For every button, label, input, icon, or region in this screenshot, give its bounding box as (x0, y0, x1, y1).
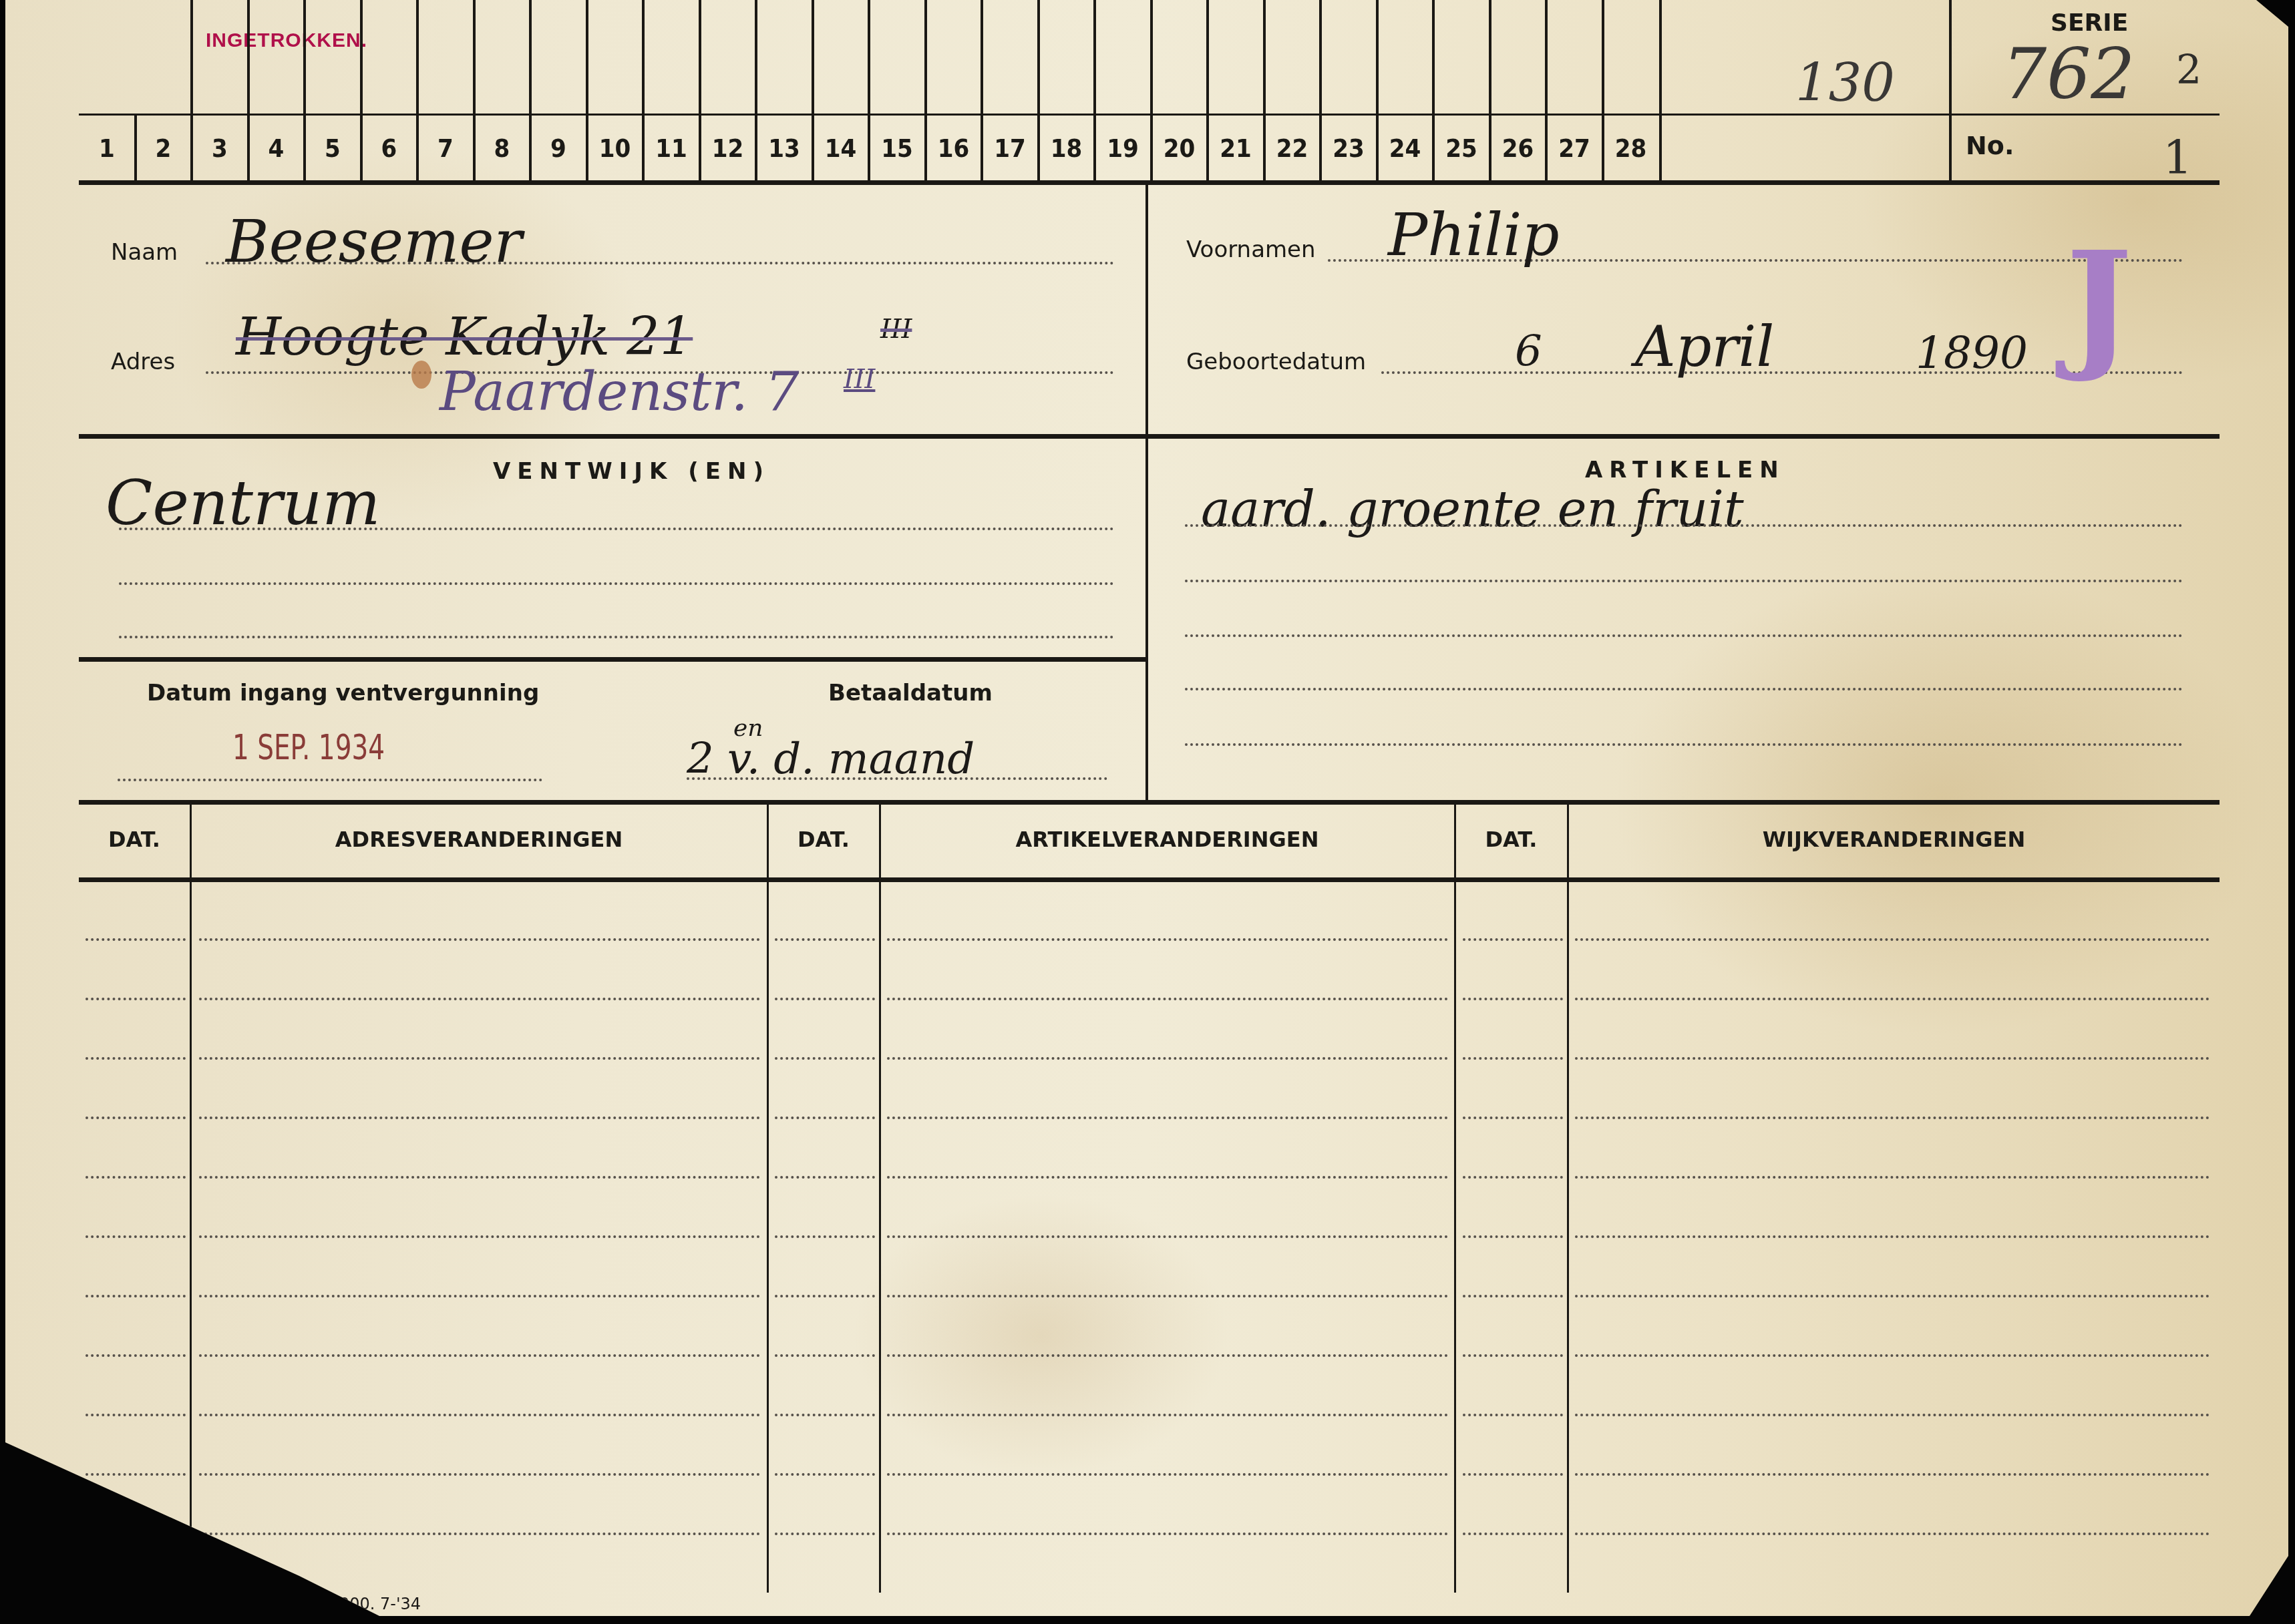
day-column-16[interactable]: 16 (926, 134, 982, 163)
adres-new-value[interactable]: Paardenstr. 7 (439, 361, 799, 423)
table-cell-line (1463, 998, 1563, 1000)
table-cell-line (1575, 1176, 2210, 1179)
naam-label: Naam (111, 239, 178, 266)
j-stamp: J (2066, 220, 2132, 385)
strip-mid-line (79, 114, 1662, 116)
datum-ingang-stamp: 1 SEP. 1934 (232, 728, 385, 768)
day-column-24[interactable]: 24 (1377, 134, 1433, 163)
geboortedatum-day[interactable]: 6 (1515, 327, 1542, 377)
serie-divider (1949, 0, 1952, 183)
table-cell-line (775, 1414, 875, 1416)
table-cell-line (887, 1235, 1448, 1238)
day-column-9[interactable]: 9 (530, 134, 586, 163)
table-cell-line (199, 938, 760, 941)
datum-ingang-line (118, 779, 542, 781)
table-cell-line (85, 1414, 186, 1416)
table-cell-line (1463, 938, 1563, 941)
table-cell-line (1463, 1473, 1563, 1476)
ventwijk-title: VENTWIJK (EN) (493, 458, 770, 485)
table-cell-line (887, 938, 1448, 941)
ventwijk-line-1 (119, 528, 1114, 530)
vergunning-top-line (79, 657, 1146, 662)
table-cell-line (887, 1176, 1448, 1179)
table-cell-line (85, 1473, 186, 1476)
table-cell-line (887, 998, 1448, 1000)
ink-stain (411, 361, 431, 389)
voornamen-label: Voornamen (1186, 236, 1316, 263)
naam-value[interactable]: Beesemer (226, 207, 522, 276)
table-cell-line (1463, 1176, 1563, 1179)
artikelen-value[interactable]: aard. groente en fruit (1201, 481, 1744, 538)
table-cell-line (85, 1176, 186, 1179)
table-cell-line (1575, 1116, 2210, 1119)
geboortedatum-year[interactable]: 1890 (1916, 327, 2028, 379)
day-column-18[interactable]: 18 (1039, 134, 1095, 163)
table-header-bottom-line (79, 877, 2220, 882)
strip-bottom-line (79, 180, 2220, 185)
table-cell-line (199, 1057, 760, 1060)
table-cell-line (85, 1235, 186, 1238)
table-cell-line (85, 1295, 186, 1297)
artikelen-line-3 (1185, 634, 2183, 637)
geboortedatum-label: Geboortedatum (1186, 349, 1366, 375)
table-cell-line (887, 1057, 1448, 1060)
day-column-28[interactable]: 28 (1603, 134, 1659, 163)
table-cell-line (887, 1295, 1448, 1297)
table-top-line (79, 800, 2220, 805)
permit-card: INGETROKKEN. 123456789101112131415161718… (5, 0, 2288, 1616)
table-cell-line (1463, 1354, 1563, 1357)
table-cell-line (1575, 1057, 2210, 1060)
geboortedatum-line (1381, 371, 2183, 374)
table-cell-line (775, 1473, 875, 1476)
day-column-1[interactable]: 1 (79, 134, 135, 163)
adres-new-floor: III (844, 364, 875, 395)
table-cell-line (199, 1235, 760, 1238)
table-cell-line (1463, 1235, 1563, 1238)
adres-label: Adres (111, 349, 175, 375)
table-cell-line (85, 938, 186, 941)
col-header-adresveranderingen: ADRESVERANDERINGEN (191, 827, 767, 852)
table-cell-line (199, 1533, 760, 1535)
table-cell-line (887, 1533, 1448, 1535)
table-cell-line (199, 998, 760, 1000)
voornamen-value[interactable]: Philip (1388, 200, 1560, 269)
day-column-20[interactable]: 20 (1152, 134, 1208, 163)
table-cell-line (775, 1116, 875, 1119)
adres-old-floor: III (880, 314, 912, 345)
ventwijk-line-2 (119, 582, 1114, 585)
table-cell-line (1463, 1295, 1563, 1297)
day-column-4[interactable]: 4 (248, 134, 305, 163)
artikelen-line-1 (1185, 524, 2183, 527)
table-cell-line (775, 1057, 875, 1060)
table-cell-line (775, 1235, 875, 1238)
table-cell-line (775, 938, 875, 941)
table-cell-line (85, 1533, 186, 1535)
table-cell-line (85, 1116, 186, 1119)
serie-value: 762 (2002, 33, 2135, 115)
day-column-23[interactable]: 23 (1320, 134, 1377, 163)
col-header-dat-1: DAT. (79, 827, 190, 852)
box-number: 130 (1795, 53, 1895, 114)
col-divider-5 (1567, 805, 1569, 1593)
artikelen-title: ARTIKELEN (1585, 457, 1785, 483)
table-cell-line (1575, 1473, 2210, 1476)
geboortedatum-month[interactable]: April (1635, 314, 1774, 379)
artikelen-line-4 (1185, 688, 2183, 690)
day-column-7[interactable]: 7 (417, 134, 474, 163)
table-cell-line (887, 1116, 1448, 1119)
betaaldatum-label: Betaaldatum (828, 680, 993, 706)
col-divider-1 (190, 805, 192, 1593)
day-column-2[interactable]: 2 (136, 134, 192, 163)
table-cell-line (1575, 1235, 2210, 1238)
datum-ingang-label: Datum ingang ventvergunning (147, 680, 539, 706)
day-column-3[interactable]: 3 (192, 134, 248, 163)
table-cell-line (85, 1057, 186, 1060)
table-cell-line (887, 1414, 1448, 1416)
no-label: No. (1966, 131, 2014, 160)
table-cell-line (199, 1354, 760, 1357)
ingetrokken-stamp: INGETROKKEN. (206, 29, 367, 52)
table-cell-line (1575, 1533, 2210, 1535)
day-column-17[interactable]: 17 (982, 134, 1038, 163)
day-column-26[interactable]: 26 (1490, 134, 1546, 163)
day-column-13[interactable]: 13 (756, 134, 812, 163)
table-cell-line (775, 998, 875, 1000)
serie-label: SERIE (2051, 9, 2128, 37)
box-130-divider (1659, 0, 1662, 183)
artikelen-line-5 (1185, 743, 2183, 746)
day-column-22[interactable]: 22 (1264, 134, 1320, 163)
table-cell-line (1575, 1354, 2210, 1357)
table-cell-line (1463, 1116, 1563, 1119)
table-cell-line (199, 1295, 760, 1297)
col-divider-2 (767, 805, 769, 1593)
serie-suffix: 2 (2176, 47, 2201, 93)
table-cell-line (775, 1176, 875, 1179)
col-header-wijkveranderingen: WIJKVERANDERINGEN (1568, 827, 2220, 852)
col-divider-4 (1454, 805, 1456, 1593)
betaaldatum-line (687, 777, 1107, 780)
day-column-19[interactable]: 19 (1095, 134, 1151, 163)
table-cell-line (1575, 1414, 2210, 1416)
table-cell-line (1463, 1414, 1563, 1416)
table-cell-line (1575, 938, 2210, 941)
strip-mid-line-right (1662, 114, 2220, 116)
day-column-6[interactable]: 6 (361, 134, 417, 163)
person-divider (1145, 183, 1148, 437)
col-header-artikelveranderingen: ARTIKELVERANDERINGEN (880, 827, 1454, 852)
table-cell-line (199, 1116, 760, 1119)
section-divider (1145, 437, 1148, 803)
betaaldatum-value[interactable]: 2 v. d. maand (687, 735, 975, 784)
day-column-25[interactable]: 25 (1433, 134, 1489, 163)
table-cell-line (887, 1473, 1448, 1476)
person-bottom-line (79, 434, 2220, 439)
no-value: 1 (2163, 130, 2193, 185)
col-divider-3 (879, 805, 881, 1593)
table-cell-line (1463, 1533, 1563, 1535)
day-column-8[interactable]: 8 (474, 134, 530, 163)
day-column-21[interactable]: 21 (1208, 134, 1264, 163)
day-column-14[interactable]: 14 (813, 134, 869, 163)
adres-old-value[interactable]: Hoogte Kadyk 21 (236, 307, 693, 367)
day-column-5[interactable]: 5 (305, 134, 361, 163)
table-cell-line (85, 998, 186, 1000)
table-cell-line (199, 1414, 760, 1416)
table-cell-line (887, 1354, 1448, 1357)
table-cell-line (1463, 1057, 1563, 1060)
day-column-12[interactable]: 12 (700, 134, 756, 163)
print-mark: ...ordening model No. 6 8000. 7-'34 (136, 1595, 421, 1613)
day-column-27[interactable]: 27 (1546, 134, 1602, 163)
day-column-15[interactable]: 15 (869, 134, 925, 163)
col-header-dat-2: DAT. (768, 827, 879, 852)
table-cell-line (85, 1354, 186, 1357)
day-column-11[interactable]: 11 (643, 134, 699, 163)
table-cell-line (775, 1295, 875, 1297)
table-cell-line (1575, 1295, 2210, 1297)
table-cell-line (775, 1533, 875, 1535)
day-column-10[interactable]: 10 (587, 134, 643, 163)
table-cell-line (1575, 998, 2210, 1000)
artikelen-line-2 (1185, 580, 2183, 582)
ventwijk-line-3 (119, 636, 1114, 638)
table-cell-line (199, 1176, 760, 1179)
col-header-dat-3: DAT. (1455, 827, 1567, 852)
table-cell-line (199, 1473, 760, 1476)
table-cell-line (775, 1354, 875, 1357)
